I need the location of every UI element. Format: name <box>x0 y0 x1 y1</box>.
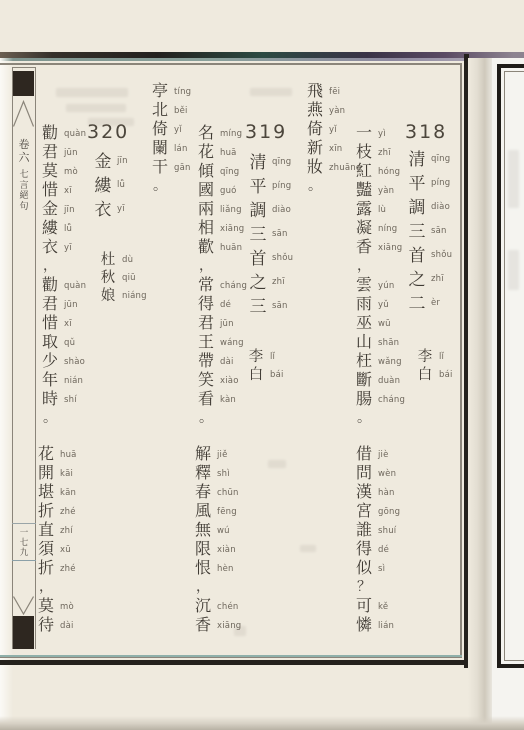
character-cell: 之zhī <box>248 270 293 294</box>
character-cell: 一yì <box>354 124 405 143</box>
section-label: 七言絕句 <box>12 169 36 211</box>
character-cell: 春chūn <box>193 483 241 502</box>
character-cell: 縷lǚ <box>93 173 128 197</box>
character-cell: 恨hèn <box>193 559 241 578</box>
punctuation-cell: 。 <box>40 409 86 428</box>
poem-318-text-column-lower: 借jiè問wèn漢hàn宮gōng誰shuí得dé似sì？可kě憐lián <box>354 445 400 635</box>
punctuation-cell: ， <box>36 578 77 597</box>
character-cell: 宮gōng <box>354 502 400 521</box>
punctuation-cell: 。 <box>150 177 191 196</box>
character-cell: 君jūn <box>196 314 247 333</box>
punctuation-cell: ， <box>196 257 247 276</box>
character-cell: 堪kān <box>36 483 77 502</box>
character-cell: 看kàn <box>196 390 247 409</box>
character-cell: 調diào <box>407 195 452 219</box>
character-cell: 枉wǎng <box>354 352 405 371</box>
character-cell: 憐lián <box>354 616 400 635</box>
bleed-through-mark <box>508 250 519 290</box>
bleed-through-mark <box>508 150 519 208</box>
poem-320-text-column-upper: 勸quàn君jūn莫mò惜xī金jīn縷lǚ衣yī，勸quàn君jūn惜xī取q… <box>40 124 86 428</box>
poem-318-text-column-overflow: 飛fēi燕yàn倚yǐ新xīn妝zhuāng。 <box>305 82 361 196</box>
scan-bottom-edge <box>0 716 524 730</box>
character-cell: 三sān <box>248 222 293 246</box>
bleed-through-mark <box>66 104 126 112</box>
punctuation-cell: 。 <box>354 409 405 428</box>
character-cell: 凝níng <box>354 219 405 238</box>
facing-page-frame-inner-line <box>504 71 505 661</box>
character-cell: 雨yǔ <box>354 295 405 314</box>
character-cell: 名míng <box>196 124 247 143</box>
character-cell: 似sì <box>354 559 400 578</box>
character-cell: 衣yī <box>93 197 128 221</box>
character-cell: 莫mò <box>40 162 86 181</box>
bleed-through-mark <box>56 88 128 97</box>
character-cell: 山shān <box>354 333 405 352</box>
poem-318-author-column: 李lǐ白bái <box>415 348 453 384</box>
character-cell: 傾qīng <box>196 162 247 181</box>
character-cell: 折zhé <box>36 502 77 521</box>
scanned-book-page: 卷六 七言絕句 一七九 318 清qīng平píng調diào三sān首shǒu… <box>0 0 524 730</box>
volume-label: 卷六 <box>12 139 36 165</box>
chevron-down-ornament-icon <box>13 596 34 615</box>
character-cell: 君jūn <box>40 295 86 314</box>
character-cell: 限xiàn <box>193 540 241 559</box>
character-cell: 新xīn <box>305 139 361 158</box>
bleed-through-mark <box>88 118 134 126</box>
frame-bottom-inner-line <box>0 657 462 658</box>
character-cell: 干gān <box>150 158 191 177</box>
poem-319-text-column-lower: 解jiě釋shì春chūn風fēng無wú限xiàn恨hèn，沉chén香xiā… <box>193 445 241 635</box>
character-cell: 勸quàn <box>40 276 86 295</box>
character-cell: 須xū <box>36 540 77 559</box>
character-cell: 借jiè <box>354 445 400 464</box>
character-cell: 釋shì <box>193 464 241 483</box>
scan-top-margin <box>0 0 524 52</box>
character-cell: 妝zhuāng <box>305 158 361 177</box>
character-cell: 問wèn <box>354 464 400 483</box>
character-cell: 亭tíng <box>150 82 191 101</box>
facing-page-frame-bottom-inner <box>504 660 524 661</box>
character-cell: 少shào <box>40 352 86 371</box>
character-cell: 折zhé <box>36 559 77 578</box>
poem-320-title-column: 金jīn縷lǚ衣yī <box>93 149 128 221</box>
character-cell: 露lù <box>354 200 405 219</box>
character-cell: 直zhí <box>36 521 77 540</box>
bleed-through-mark <box>234 626 246 636</box>
character-cell: 衣yī <box>40 238 86 257</box>
gutter-shadow <box>468 58 492 730</box>
facing-page-frame-outer-line <box>497 64 501 668</box>
character-cell: 解jiě <box>193 445 241 464</box>
bleed-through-mark <box>268 460 286 468</box>
character-cell: 腸cháng <box>354 390 405 409</box>
bleed-through-mark <box>300 545 316 552</box>
character-cell: 雲yún <box>354 276 405 295</box>
character-cell: 平píng <box>407 171 452 195</box>
character-cell: 飛fēi <box>305 82 361 101</box>
character-cell: 三sān <box>407 219 452 243</box>
punctuation-cell: ， <box>354 257 405 276</box>
character-cell: 惜xī <box>40 314 86 333</box>
punctuation-cell: ， <box>193 578 241 597</box>
character-cell: 王wáng <box>196 333 247 352</box>
character-cell: 常cháng <box>196 276 247 295</box>
character-cell: 娘niáng <box>98 287 147 305</box>
character-cell: 杜dù <box>98 251 147 269</box>
chevron-up-ornament-icon <box>13 100 34 127</box>
character-cell: 國guó <box>196 181 247 200</box>
character-cell: 紅hóng <box>354 162 405 181</box>
character-cell: 花huā <box>196 143 247 162</box>
character-cell: 斷duàn <box>354 371 405 390</box>
character-cell: 李lǐ <box>246 348 284 366</box>
character-cell: 勸quàn <box>40 124 86 143</box>
character-cell: 首shǒu <box>407 243 452 267</box>
character-cell: 笑xiào <box>196 371 247 390</box>
character-cell: 莫mò <box>36 597 77 616</box>
character-cell: 枝zhī <box>354 143 405 162</box>
character-cell: 清qīng <box>407 147 452 171</box>
character-cell: 待dài <box>36 616 77 635</box>
character-cell: 沉chén <box>193 597 241 616</box>
character-cell: 豔yàn <box>354 181 405 200</box>
character-cell: 年nián <box>40 371 86 390</box>
punctuation-cell: ， <box>40 257 86 276</box>
character-cell: 倚yǐ <box>150 120 191 139</box>
character-cell: 取qǔ <box>40 333 86 352</box>
character-cell: 時shí <box>40 390 86 409</box>
facing-page-frame-bottom-outer <box>497 664 524 668</box>
character-cell: 得dé <box>196 295 247 314</box>
character-cell: 無wú <box>193 521 241 540</box>
poem-318-number: 318 <box>405 123 447 142</box>
frame-right-inner-line <box>460 63 462 658</box>
facing-page-frame-top-outer <box>497 64 524 68</box>
character-cell: 二èr <box>407 291 452 315</box>
poem-319-text-column-upper: 名míng花huā傾qīng國guó兩liǎng相xiāng歡huān，常chá… <box>196 124 247 428</box>
punctuation-cell: 。 <box>305 177 361 196</box>
frame-bottom-outer-line <box>0 660 468 665</box>
poem-319-text-column-overflow: 亭tíng北běi倚yǐ闌lán干gān。 <box>150 82 191 196</box>
character-cell: 北běi <box>150 101 191 120</box>
punctuation-cell: 。 <box>196 409 247 428</box>
poem-320-author-column: 杜dù秋qiū娘niáng <box>98 251 147 305</box>
character-cell: 之zhī <box>407 267 452 291</box>
margin-tab-bottom-block <box>13 616 34 649</box>
character-cell: 巫wū <box>354 314 405 333</box>
character-cell: 秋qiū <box>98 269 147 287</box>
character-cell: 誰shuí <box>354 521 400 540</box>
character-cell: 李lǐ <box>415 348 453 366</box>
facing-page-frame-top-inner <box>504 71 524 72</box>
character-cell: 得dé <box>354 540 400 559</box>
bleed-through-mark <box>250 88 292 96</box>
character-cell: 白bái <box>415 366 453 384</box>
character-cell: 金jīn <box>93 149 128 173</box>
character-cell: 三sān <box>248 294 293 318</box>
character-cell: 漢hàn <box>354 483 400 502</box>
character-cell: 首shǒu <box>248 246 293 270</box>
character-cell: 風fēng <box>193 502 241 521</box>
character-cell: 調diào <box>248 198 293 222</box>
character-cell: 歡huān <box>196 238 247 257</box>
character-cell: 兩liǎng <box>196 200 247 219</box>
character-cell: 惜xī <box>40 181 86 200</box>
character-cell: 開kāi <box>36 464 77 483</box>
character-cell: 燕yàn <box>305 101 361 120</box>
poem-320-text-column-lower: 花huā開kāi堪kān折zhé直zhí須xū折zhé，莫mò待dài <box>36 445 77 635</box>
character-cell: 金jīn <box>40 200 86 219</box>
character-cell: 清qīng <box>248 150 293 174</box>
character-cell: 帶dài <box>196 352 247 371</box>
margin-tab-top-block <box>13 71 34 96</box>
folio-number: 一七九 <box>12 523 36 561</box>
character-cell: 花huā <box>36 445 77 464</box>
poem-319-title-column: 清qīng平píng調diào三sān首shǒu之zhī三sān <box>248 150 293 318</box>
poem-318-text-column-upper: 一yì枝zhī紅hóng豔yàn露lù凝níng香xiāng，雲yún雨yǔ巫w… <box>354 124 405 428</box>
poem-319-author-column: 李lǐ白bái <box>246 348 284 384</box>
character-cell: 平píng <box>248 174 293 198</box>
character-cell: 白bái <box>246 366 284 384</box>
character-cell: 君jūn <box>40 143 86 162</box>
punctuation-cell: ？ <box>354 578 400 597</box>
character-cell: 闌lán <box>150 139 191 158</box>
character-cell: 縷lǚ <box>40 219 86 238</box>
character-cell: 可kě <box>354 597 400 616</box>
character-cell: 倚yǐ <box>305 120 361 139</box>
poem-319-number: 319 <box>245 123 287 142</box>
character-cell: 相xiāng <box>196 219 247 238</box>
page-top-edge-tint <box>0 58 524 61</box>
character-cell: 香xiāng <box>354 238 405 257</box>
poem-318-title-column: 清qīng平píng調diào三sān首shǒu之zhī二èr <box>407 147 452 315</box>
frame-top-inner-line <box>0 63 461 65</box>
